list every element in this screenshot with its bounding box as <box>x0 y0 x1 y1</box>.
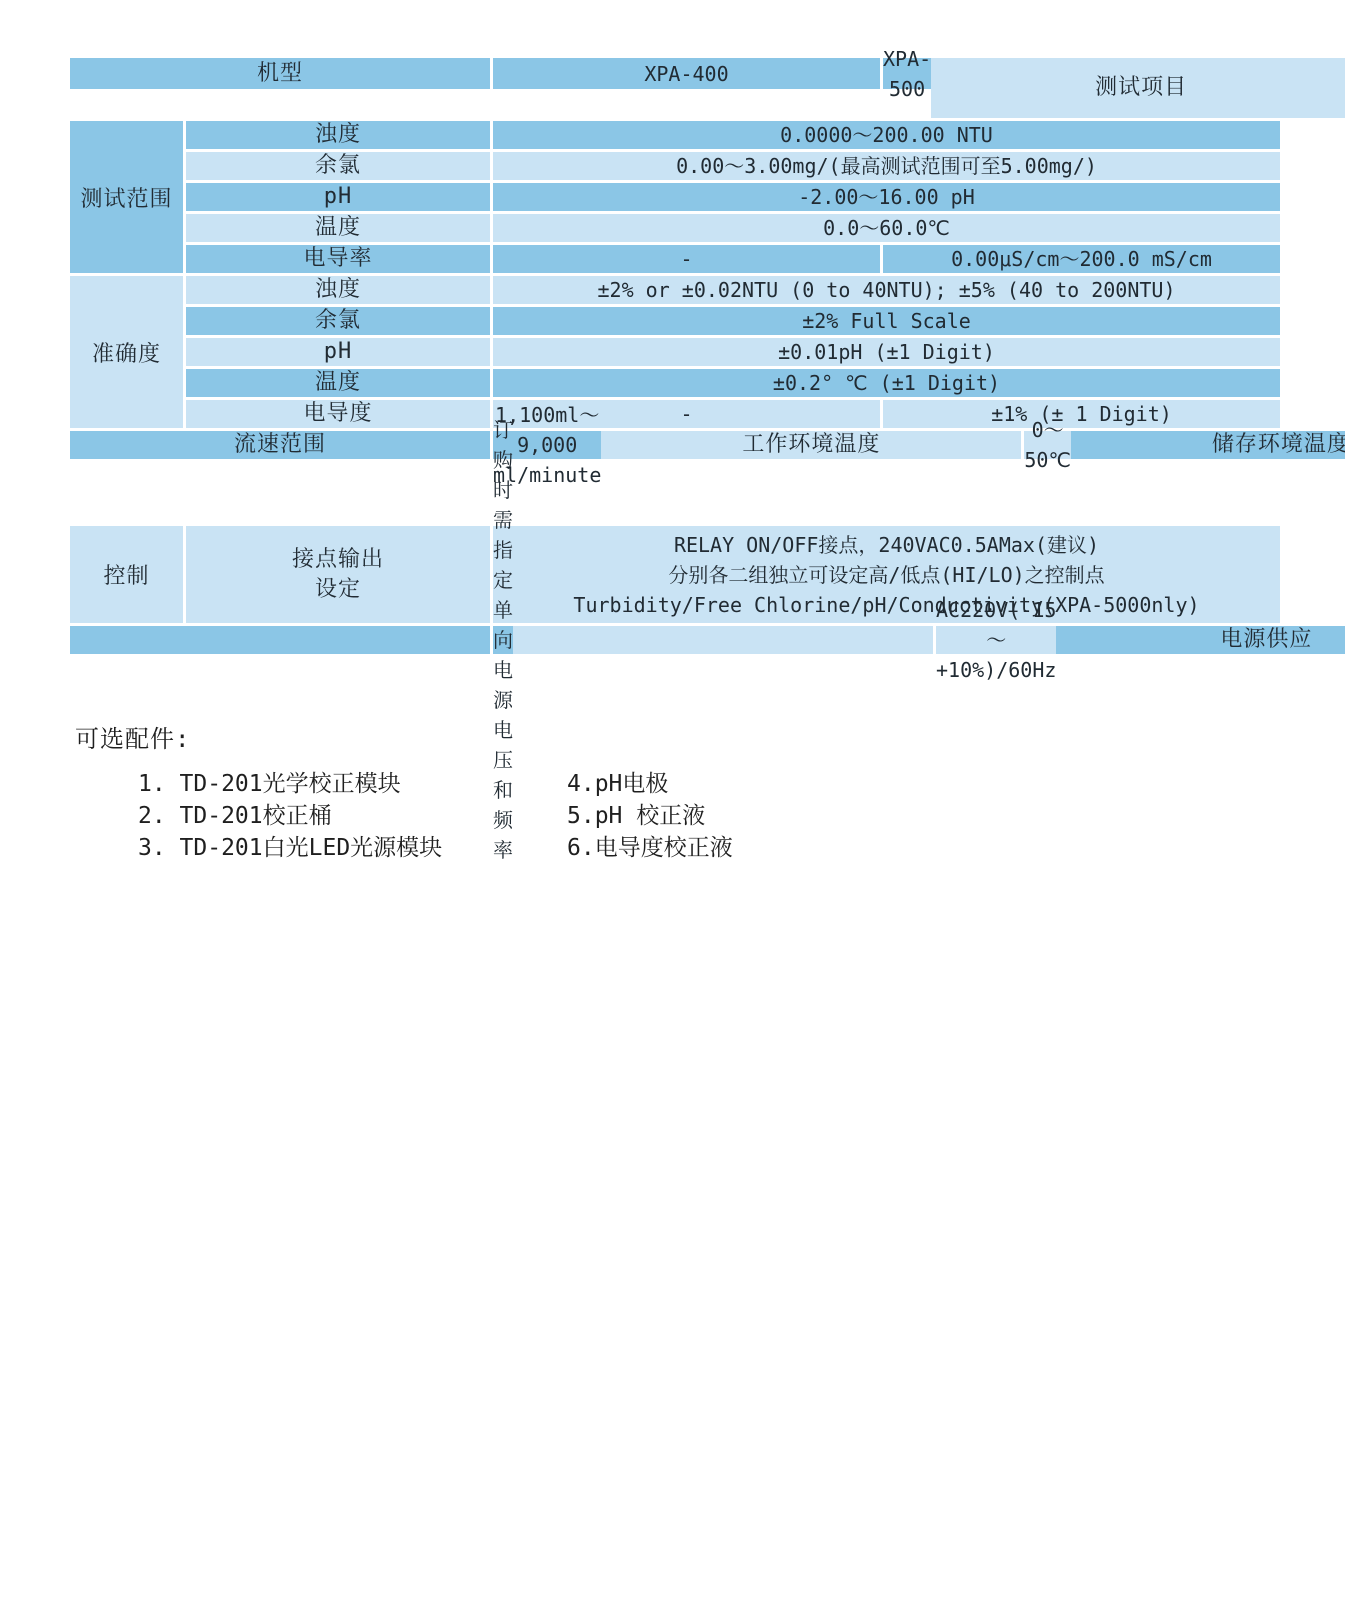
row-value: -0.00μS/cm～200.0 mS/cm <box>490 245 1280 273</box>
table-row: 浊度±2% or ±0.02NTU (0 to 40NTU); ±5% (40 … <box>186 276 1280 307</box>
accessory-item: 2. TD-201校正桶 <box>138 800 498 832</box>
text-line: XPA-500 <box>883 44 931 104</box>
table-row: pH±0.01pH (±1 Digit) <box>186 338 1280 369</box>
row-value: AC220V(-15～+10%)/60Hz <box>933 626 1056 654</box>
text-line: 0.00μS/cm～200.0 mS/cm <box>951 244 1212 274</box>
row-label: 机型 <box>70 58 490 89</box>
text-line: RELAY ON/OFF接点，240VAC0.5AMax(建议) <box>674 530 1099 560</box>
text-line: 流速范围 <box>234 430 326 460</box>
row-label: 流速范围 <box>70 431 490 459</box>
row-value: XPA-400XPA-500 <box>490 58 931 89</box>
text-line: 0.00～3.00mg/(最高测试范围可至5.00mg/) <box>676 151 1097 181</box>
text-line: 浊度 <box>315 275 361 305</box>
accessories-columns: 1. TD-201光学校正模块2. TD-201校正桶3. TD-201白光LE… <box>75 768 1345 864</box>
row-label: 浊度 <box>186 121 490 149</box>
text-line: 控制 <box>103 559 149 590</box>
text-line: 浊度 <box>315 120 361 150</box>
row-label: 工作环境温度 <box>601 431 1021 459</box>
accessories-column-1: 1. TD-201光学校正模块2. TD-201校正桶3. TD-201白光LE… <box>138 768 498 864</box>
value-xpa400: - <box>493 245 880 273</box>
group-rows: 浊度±2% or ±0.02NTU (0 to 40NTU); ±5% (40 … <box>186 276 1280 431</box>
value-xpa500: XPA-500 <box>880 58 931 89</box>
text-line: ±1% (± 1 Digit) <box>991 399 1172 429</box>
row-label: 储存环境温度 <box>1071 431 1345 459</box>
table-row: 温度0.0～60.0℃ <box>186 214 1280 245</box>
text-line: ±2% Full Scale <box>802 306 971 336</box>
row-label: pH <box>186 338 490 366</box>
accessory-item: 1. TD-201光学校正模块 <box>138 768 498 800</box>
text-line: 0～50℃ <box>1024 415 1071 475</box>
text-line: 准确度 <box>92 337 161 368</box>
row-label: 余氯 <box>186 152 490 180</box>
text-line: 分别各二组独立可设定高/低点(HI/LO)之控制点 <box>668 560 1104 590</box>
text-line: 余氯 <box>315 306 361 336</box>
accessories-section: 可选配件: 1. TD-201光学校正模块2. TD-201校正桶3. TD-2… <box>75 719 1345 864</box>
text-line: pH <box>324 337 353 367</box>
table-row: 机型XPA-400XPA-500 <box>70 58 931 92</box>
row-value: 0.0～60.0℃ <box>490 214 1280 242</box>
table-section: 流速范围1,100ml～9,000 ml/minute工作环境温度0～50℃储存… <box>70 431 1280 526</box>
text-line: AC220V(-15～+10%)/60Hz <box>936 595 1056 685</box>
text-line: 储存环境温度 <box>1212 430 1345 460</box>
accessories-column-2: 4.pH电极5.pH 校正液6.电导度校正液 <box>567 768 733 864</box>
value-xpa400: XPA-400 <box>493 58 880 89</box>
spec-table: 机型XPA-400XPA-500测试项目浊度、余氯、pH，温度.电导度(XPA-… <box>70 58 1280 657</box>
row-label <box>513 626 933 654</box>
row-value: -±1% (± 1 Digit) <box>490 400 1280 428</box>
accessory-item: 6.电导度校正液 <box>567 832 733 864</box>
text-line: ±0.2° ℃ (±1 Digit) <box>773 368 1000 398</box>
table-row: AC220V(-15～+10%)/60Hz <box>513 626 1056 657</box>
table-row: 储存环境温度-20～70° ℃ <box>1071 431 1345 462</box>
table-row: 测试项目浊度、余氯、pH，温度.电导度(XPA-500 Only) <box>931 58 1345 121</box>
accessory-item: 3. TD-201白光LED光源模块 <box>138 832 498 864</box>
text-line: - <box>680 244 692 274</box>
text-line: 温度 <box>315 368 361 398</box>
table-row: 订购时需指定单向电源电压和频率 <box>70 626 513 657</box>
value-xpa500: 0.00μS/cm～200.0 mS/cm <box>880 245 1280 273</box>
row-label: 测试项目 <box>931 58 1345 118</box>
text-line: ±2% or ±0.02NTU (0 to 40NTU); ±5% (40 to… <box>598 275 1176 305</box>
text-line: 设定 <box>315 575 361 605</box>
row-value: 0.0000～200.00 NTU <box>490 121 1280 149</box>
row-value: 订购时需指定单向电源电压和频率 <box>490 626 513 654</box>
row-value: ±2% Full Scale <box>490 307 1280 335</box>
value-xpa500: ±1% (± 1 Digit) <box>880 400 1280 428</box>
row-label: 电源供应 <box>1056 626 1345 654</box>
table-section: 机型XPA-400XPA-500测试项目浊度、余氯、pH，温度.电导度(XPA-… <box>70 58 1280 121</box>
row-label: 电导度 <box>186 400 490 428</box>
row-label: 接点输出设定 <box>186 526 490 623</box>
text-line: XPA-400 <box>644 59 728 89</box>
row-value: -2.00～16.00 pH <box>490 183 1280 211</box>
row-label: 浊度 <box>186 276 490 304</box>
text-line: 余氯 <box>315 151 361 181</box>
row-label: 温度 <box>186 214 490 242</box>
table-section: 准确度浊度±2% or ±0.02NTU (0 to 40NTU); ±5% (… <box>70 276 1280 431</box>
accessory-item: 5.pH 校正液 <box>567 800 733 832</box>
row-value: RELAY ON/OFF接点，240VAC0.5AMax(建议)分别各二组独立可… <box>490 526 1280 623</box>
text-line: 测试范围 <box>80 182 172 213</box>
accessory-item: 4.pH电极 <box>567 768 733 800</box>
text-line: 温度 <box>315 213 361 243</box>
row-label: pH <box>186 183 490 211</box>
table-row: 工作环境温度0～50℃ <box>601 431 1071 462</box>
group-rows: 浊度0.0000～200.00 NTU余氯0.00～3.00mg/(最高测试范围… <box>186 121 1280 276</box>
table-row: 电导度-±1% (± 1 Digit) <box>186 400 1280 431</box>
table-row: 电导率-0.00μS/cm～200.0 mS/cm <box>186 245 1280 276</box>
table-row: 温度±0.2° ℃ (±1 Digit) <box>186 369 1280 400</box>
group-label-cell: 测试范围 <box>70 121 186 276</box>
text-line: Turbidity/Free Chlorine/pH/Conductivity(… <box>573 590 1199 620</box>
text-line: 电源供应 <box>1220 625 1312 655</box>
text-line: - <box>680 399 692 429</box>
row-value: ±0.2° ℃ (±1 Digit) <box>490 369 1280 397</box>
table-row: pH-2.00～16.00 pH <box>186 183 1280 214</box>
table-row: 接点输出设定RELAY ON/OFF接点，240VAC0.5AMax(建议)分别… <box>186 526 1280 626</box>
table-section: 测试范围浊度0.0000～200.00 NTU余氯0.00～3.00mg/(最高… <box>70 121 1280 276</box>
text-line: 接点输出 <box>292 545 384 575</box>
text-line: pH <box>324 182 353 212</box>
text-line: -2.00～16.00 pH <box>798 182 975 212</box>
text-line: 机型 <box>257 59 303 89</box>
text-line: ±0.01pH (±1 Digit) <box>778 337 995 367</box>
table-row: 电源供应AC 220V(-15～+10%)/50Hz <box>1056 626 1345 657</box>
group-label-cell: 控制 <box>70 526 186 626</box>
table-section: 控制接点输出设定RELAY ON/OFF接点，240VAC0.5AMax(建议)… <box>70 526 1280 626</box>
table-row: 浊度0.0000～200.00 NTU <box>186 121 1280 152</box>
row-label <box>70 626 490 654</box>
text-line: 电导度 <box>303 399 372 429</box>
group-label-cell: 准确度 <box>70 276 186 431</box>
row-label: 温度 <box>186 369 490 397</box>
text-line: 电导率 <box>303 244 372 274</box>
row-value: 0.00～3.00mg/(最高测试范围可至5.00mg/) <box>490 152 1280 180</box>
text-line: 工作环境温度 <box>742 430 880 460</box>
row-label: 余氯 <box>186 307 490 335</box>
table-row: 余氯0.00～3.00mg/(最高测试范围可至5.00mg/) <box>186 152 1280 183</box>
accessories-title: 可选配件: <box>75 719 1345 754</box>
text-line: 测试项目 <box>1095 73 1187 103</box>
table-section: 订购时需指定单向电源电压和频率AC220V(-15～+10%)/60Hz电源供应… <box>70 626 1280 657</box>
text-line: 0.0000～200.00 NTU <box>780 120 993 150</box>
row-value: ±2% or ±0.02NTU (0 to 40NTU); ±5% (40 to… <box>490 276 1280 304</box>
group-rows: 接点输出设定RELAY ON/OFF接点，240VAC0.5AMax(建议)分别… <box>186 526 1280 626</box>
row-value: 0～50℃ <box>1021 431 1071 459</box>
table-row: 余氯±2% Full Scale <box>186 307 1280 338</box>
text-line: 0.0～60.0℃ <box>823 213 950 243</box>
row-label: 电导率 <box>186 245 490 273</box>
table-row: 流速范围1,100ml～9,000 ml/minute <box>70 431 601 462</box>
row-value: ±0.01pH (±1 Digit) <box>490 338 1280 366</box>
